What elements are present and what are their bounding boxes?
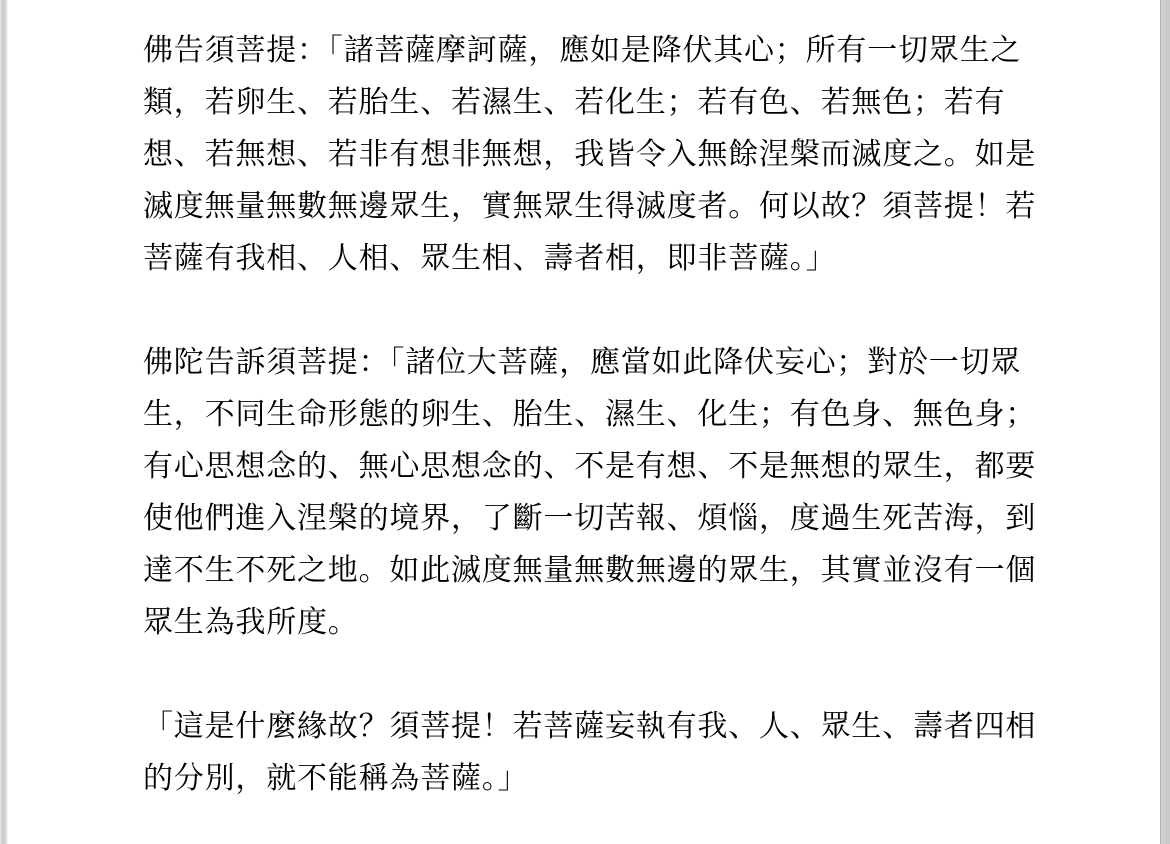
text-line: 達不生不死之地。如此滅度無量無數無邊的眾生，其實並沒有一個 xyxy=(143,545,1048,597)
page-left-edge xyxy=(0,0,8,844)
text-line: 菩薩有我相、人相、眾生相、壽者相，即非菩薩。」 xyxy=(143,233,1048,285)
text-line: 生，不同生命形態的卵生、胎生、濕生、化生；有色身、無色身； xyxy=(143,389,1048,441)
text-line: 「這是什麼緣故？須菩提！若菩薩妄執有我、人、眾生、壽者四相 xyxy=(143,701,1048,753)
text-line: 眾生為我所度。 xyxy=(143,597,1048,649)
text-line: 佛告須菩提：「諸菩薩摩訶薩，應如是降伏其心；所有一切眾生之 xyxy=(143,25,1048,77)
text-line: 使他們進入涅槃的境界，了斷一切苦報、煩惱，度過生死苦海，到 xyxy=(143,493,1048,545)
document-page: 佛告須菩提：「諸菩薩摩訶薩，應如是降伏其心；所有一切眾生之 類，若卵生、若胎生、… xyxy=(0,0,1170,844)
text-line: 想、若無想、若非有想非無想，我皆令入無餘涅槃而滅度之。如是 xyxy=(143,129,1048,181)
text-line: 有心思想念的、無心思想念的、不是有想、不是無想的眾生，都要 xyxy=(143,441,1048,493)
text-line: 的分別，就不能稱為菩薩。」 xyxy=(143,753,1048,805)
paragraph-translation: 佛陀告訴須菩提：「諸位大菩薩，應當如此降伏妄心；對於一切眾 生，不同生命形態的卵… xyxy=(143,337,1048,649)
page-right-edge xyxy=(1160,0,1170,844)
text-line: 佛陀告訴須菩提：「諸位大菩薩，應當如此降伏妄心；對於一切眾 xyxy=(143,337,1048,389)
paragraph-translation-continued: 「這是什麼緣故？須菩提！若菩薩妄執有我、人、眾生、壽者四相 的分別，就不能稱為菩… xyxy=(143,701,1048,805)
text-line: 滅度無量無數無邊眾生，實無眾生得滅度者。何以故？須菩提！若 xyxy=(143,181,1048,233)
document-content: 佛告須菩提：「諸菩薩摩訶薩，應如是降伏其心；所有一切眾生之 類，若卵生、若胎生、… xyxy=(143,25,1048,805)
text-line: 類，若卵生、若胎生、若濕生、若化生；若有色、若無色；若有 xyxy=(143,77,1048,129)
paragraph-sutra-original: 佛告須菩提：「諸菩薩摩訶薩，應如是降伏其心；所有一切眾生之 類，若卵生、若胎生、… xyxy=(143,25,1048,285)
